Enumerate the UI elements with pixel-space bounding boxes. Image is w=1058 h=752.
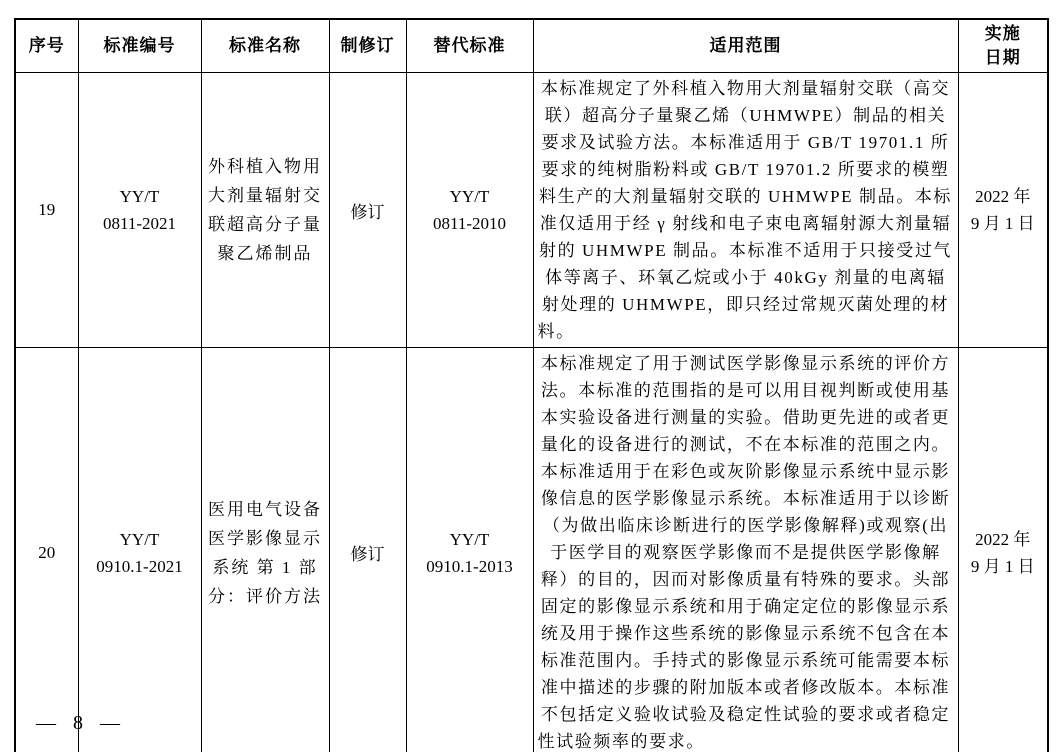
standard-code-cell: YY/T 0811-2021: [78, 73, 201, 348]
header-standard-code: 标准编号: [78, 19, 201, 73]
table-row: 20 YY/T 0910.1-2021 医用电气设备医学影像显示系统 第 1 部…: [15, 348, 1048, 752]
table-header-row: 序号 标准编号 标准名称 制修订 替代标准 适用范围 实施 日期: [15, 19, 1048, 73]
replaced-standard-cell: YY/T 0811-2010: [406, 73, 533, 348]
replaced-standard-cell: YY/T 0910.1-2013: [406, 348, 533, 752]
scope-cell: 本标准规定了用于测试医学影像显示系统的评价方法。本标准的范围指的是可以用目视判断…: [533, 348, 958, 752]
header-revision-type: 制修订: [329, 19, 406, 73]
standard-code-cell: YY/T 0910.1-2021: [78, 348, 201, 752]
scope-cell: 本标准规定了外科植入物用大剂量辐射交联（高交联）超高分子量聚乙烯（UHMWPE）…: [533, 73, 958, 348]
standard-name-cell: 医用电气设备医学影像显示系统 第 1 部分：评价方法: [201, 348, 329, 752]
table-row: 19 YY/T 0811-2021 外科植入物用大剂量辐射交联超高分子量聚乙烯制…: [15, 73, 1048, 348]
implementation-date-cell: 2022 年 9 月 1 日: [958, 73, 1048, 348]
header-replaced-standard: 替代标准: [406, 19, 533, 73]
revision-type-cell: 修订: [329, 348, 406, 752]
header-standard-name: 标准名称: [201, 19, 329, 73]
header-implementation-date: 实施 日期: [958, 19, 1048, 73]
document-page: 序号 标准编号 标准名称 制修订 替代标准 适用范围 实施 日期 19 YY/T…: [0, 0, 1058, 752]
revision-type-cell: 修订: [329, 73, 406, 348]
header-scope: 适用范围: [533, 19, 958, 73]
seq-cell: 19: [15, 73, 78, 348]
header-seq: 序号: [15, 19, 78, 73]
standards-table: 序号 标准编号 标准名称 制修订 替代标准 适用范围 实施 日期 19 YY/T…: [14, 18, 1049, 752]
page-number: — 8 —: [36, 712, 126, 735]
seq-cell: 20: [15, 348, 78, 752]
implementation-date-cell: 2022 年 9 月 1 日: [958, 348, 1048, 752]
standard-name-cell: 外科植入物用大剂量辐射交联超高分子量聚乙烯制品: [201, 73, 329, 348]
